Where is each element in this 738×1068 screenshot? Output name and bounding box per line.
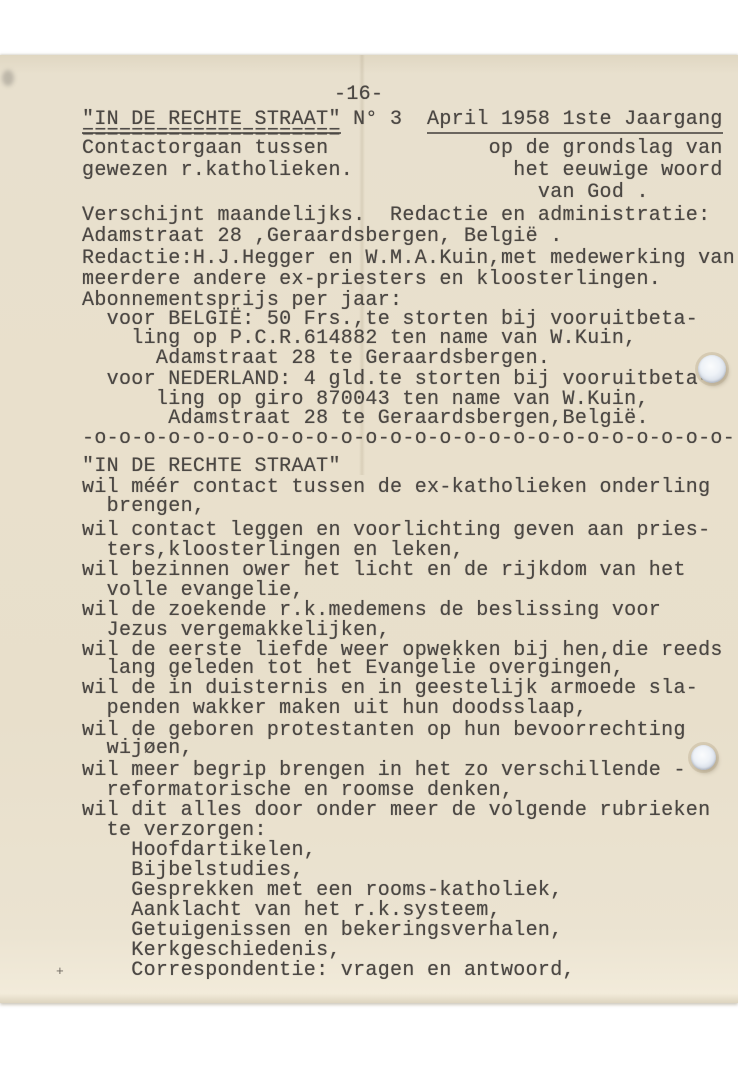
text-line: Redactie:H.J.Hegger en W.M.A.Kuin,met me… bbox=[82, 249, 735, 270]
page-number: -16- bbox=[334, 85, 383, 106]
text-line: penden wakker maken uit hun doodsslaap, bbox=[82, 699, 587, 720]
text-line: Verschijnt maandelijks. Redactie en admi… bbox=[82, 206, 710, 227]
text-line: Adamstraat 28 ,Geraardsbergen, België . bbox=[82, 227, 563, 248]
text-line: Adamstraat 28 te Geraardsbergen. bbox=[82, 349, 550, 370]
text-line: wijøen, bbox=[82, 739, 193, 760]
text-line: meerdere andere ex-priesters en klooster… bbox=[82, 270, 661, 291]
text-line: brengen, bbox=[82, 497, 205, 518]
text-line: "IN DE RECHTE STRAAT" bbox=[82, 457, 341, 478]
scan-canvas: -16- "IN DE RECHTE STRAAT" N° 3 April 19… bbox=[0, 0, 738, 1068]
margin-mark: + bbox=[56, 962, 64, 983]
hole-punch-bottom bbox=[691, 745, 716, 770]
text-line: -o-o-o-o-o-o-o-o-o-o-o-o-o-o-o-o-o-o-o-o… bbox=[82, 429, 735, 450]
text-line: Contactorgaan tussen op de grondslag van bbox=[82, 139, 723, 160]
text-line: gewezen r.katholieken. het eeuwige woord bbox=[82, 161, 723, 182]
date-volume: April 1958 1ste Jaargang bbox=[427, 108, 723, 134]
issue-number: N° 3 bbox=[341, 108, 427, 131]
text-line: van God . bbox=[82, 183, 649, 204]
hole-punch-top bbox=[698, 355, 726, 383]
text-line: Correspondentie: vragen en antwoord, bbox=[82, 961, 575, 982]
edge-smudge bbox=[2, 70, 14, 86]
